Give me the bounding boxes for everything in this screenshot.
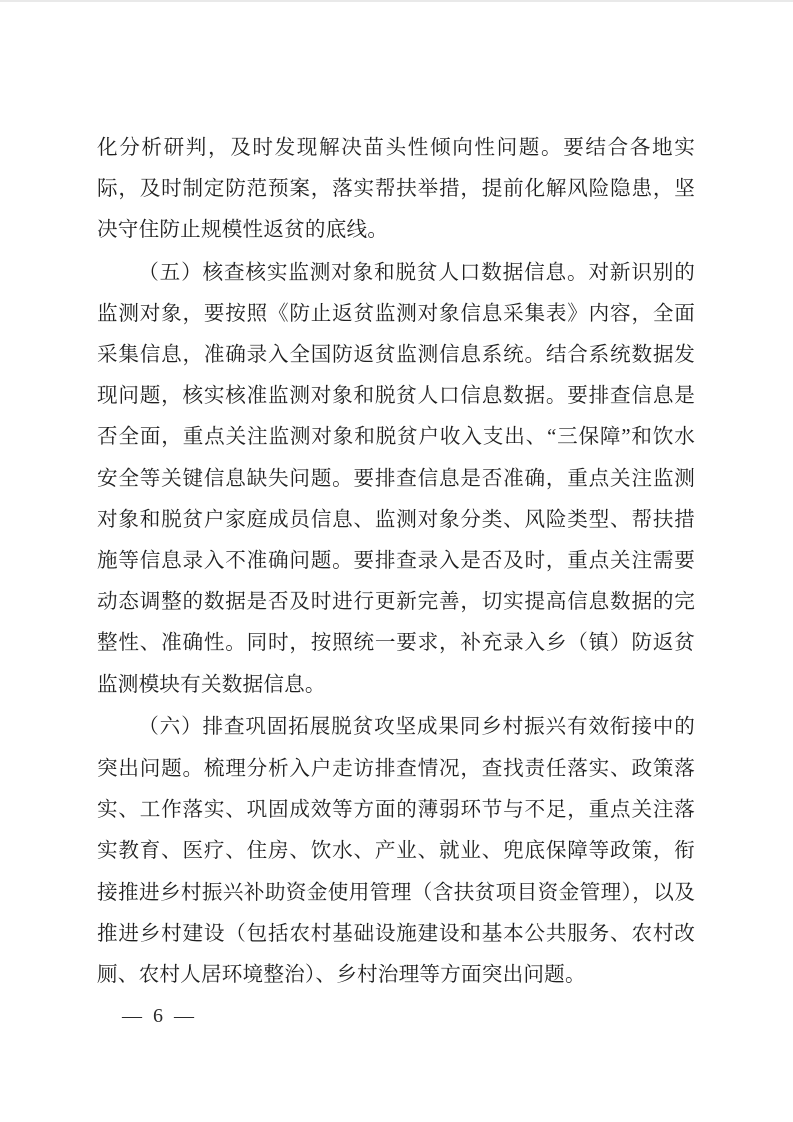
paragraph-text: 化分析研判，及时发现解决苗头性倾向性问题。要结合各地实际，及时制定防范预案，落实…	[97, 137, 695, 241]
paragraph-text: 梳理分析入户走访排查情况，查找责任落实、政策落实、工作落实、巩固成效等方面的薄弱…	[97, 758, 695, 986]
paragraph-continuation: 化分析研判，及时发现解决苗头性倾向性问题。要结合各地实际，及时制定防范预案，落实…	[97, 128, 695, 252]
paragraph-text: 对新识别的监测对象，要按照《防止返贫监测对象信息采集表》内容，全面采集信息，准确…	[97, 262, 695, 696]
scan-edge-line	[0, 0, 793, 2]
document-text-block: 化分析研判，及时发现解决苗头性倾向性问题。要结合各地实际，及时制定防范预案，落实…	[97, 128, 695, 996]
paragraph-clause-6: （六）排查巩固拓展脱贫攻坚成果同乡村振兴有效衔接中的突出问题。梳理分析入户走访排…	[97, 706, 695, 996]
clause-heading: （五）核查核实监测对象和脱贫人口数据信息。	[138, 260, 588, 284]
document-page: 化分析研判，及时发现解决苗头性倾向性问题。要结合各地实际，及时制定防范预案，落实…	[0, 0, 793, 1122]
paragraph-clause-5: （五）核查核实监测对象和脱贫人口数据信息。对新识别的监测对象，要按照《防止返贫监…	[97, 252, 695, 706]
page-number: — 6 —	[122, 1000, 197, 1032]
